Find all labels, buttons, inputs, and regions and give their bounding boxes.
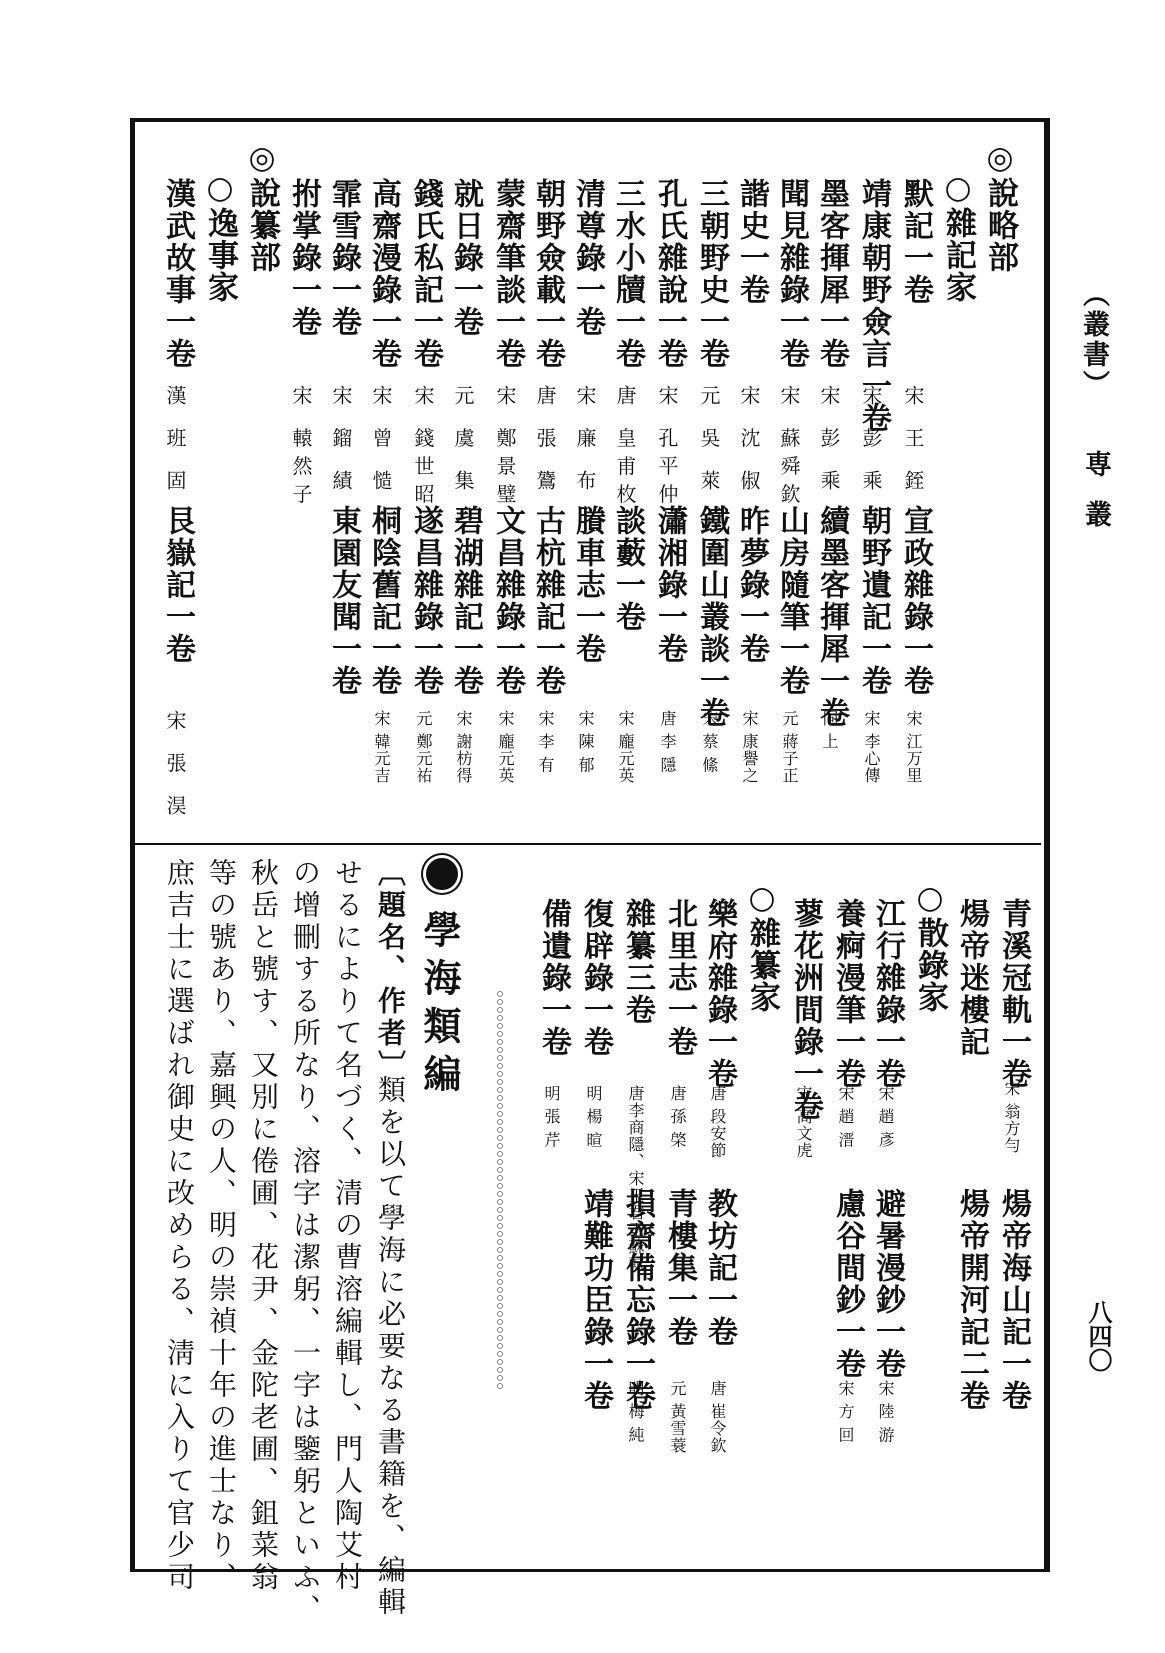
- book-title: 江行雜錄一卷: [872, 898, 902, 1090]
- book-author: 宋 鄭景璧: [495, 385, 515, 511]
- book-author: 宋 康譽之: [741, 710, 757, 784]
- book-author: 宋 王 銍: [903, 385, 923, 498]
- book-title: 東園友聞一卷: [328, 505, 358, 697]
- book-title: 宣政雜錄一卷: [900, 505, 930, 697]
- article-paragraph-line: 等の號あり、嘉興の人、明の崇禎十年の進士なり、: [207, 858, 235, 1594]
- subcategory-heading: ○逸事家: [204, 170, 235, 303]
- section-label-2: 叢: [1082, 500, 1109, 527]
- book-title: 昨夢錄一卷: [736, 505, 766, 665]
- book-author: 唐 張 鷟: [535, 385, 555, 498]
- book-author: 宋 彭 乘: [819, 385, 839, 498]
- book-author: 宋 陳 郁: [577, 710, 593, 773]
- book-title: 煬帝海山記一卷: [998, 1188, 1028, 1412]
- book-title: 青溪冠軌一卷: [998, 898, 1028, 1090]
- book-author: 宋 彭 乘: [861, 385, 881, 498]
- article-paragraph-line: せるによりて名づく、清の曹溶編輯し、門人陶艾村: [333, 858, 361, 1594]
- book-author: 宋 江万里: [905, 710, 921, 784]
- section-label: 専: [1082, 450, 1109, 477]
- book-title: 朝野遺記一卷: [858, 505, 888, 697]
- book-author: 明 張 芹: [543, 1085, 559, 1148]
- book-title: 煬帝開河記二卷: [956, 1188, 986, 1412]
- section-divider: [135, 843, 1041, 845]
- book-title: 損齋備忘錄一卷: [622, 1188, 652, 1412]
- book-title: 墨客揮犀一卷: [816, 178, 846, 370]
- article-paragraph-line: 庶吉士に選ばれ御史に改めらる、淸に入りて官少司: [165, 858, 193, 1594]
- book-title: 碧湖雜記一卷: [450, 505, 480, 697]
- book-author: 宋 李 有: [537, 710, 553, 773]
- book-author: 宋 曾 慥: [371, 385, 391, 498]
- book-title: 漢武故事一卷: [162, 178, 192, 370]
- book-author: 宋 高文虎: [795, 1085, 811, 1159]
- book-author: 明 梅 純: [627, 1380, 643, 1443]
- book-title: 瀟湘錄一卷: [654, 505, 684, 665]
- book-author: 宋 錢世昭: [413, 385, 433, 511]
- book-author: 宋 李心傳: [863, 710, 879, 784]
- book-author: 宋 蔡 絛: [701, 710, 717, 773]
- book-author: 宋 謝枋得: [455, 710, 471, 784]
- book-title: 教坊記一卷: [704, 1188, 734, 1348]
- book-author: 唐 段安節: [709, 1085, 725, 1159]
- book-title: 樂府雜錄一卷: [704, 898, 734, 1090]
- book-title: 孔氏雜說一卷: [654, 178, 684, 370]
- page-number: 八四〇: [1086, 1300, 1110, 1372]
- article-title: 學海類編: [420, 910, 458, 1102]
- book-title: 青樓集一卷: [664, 1188, 694, 1348]
- book-title: 煬帝迷樓記: [956, 898, 986, 1058]
- book-author: 漢 班 固: [165, 385, 185, 498]
- running-title: （叢書）: [1080, 280, 1107, 400]
- book-author: 宋 沈 俶: [739, 385, 759, 498]
- book-title: 默記一卷: [900, 178, 930, 306]
- book-author: 宋 韓元吉: [373, 710, 389, 784]
- wavy-rule: [497, 990, 503, 1390]
- book-title: 錢氏私記一卷: [410, 178, 440, 370]
- book-author: 明 楊 暄: [585, 1085, 601, 1148]
- book-author: 元 吳 萊: [699, 385, 719, 498]
- book-author: 宋 趙 彥: [877, 1085, 893, 1148]
- book-title: 文昌雜錄一卷: [492, 505, 522, 697]
- book-title: 拊掌錄一卷: [288, 178, 318, 338]
- article-paragraph-line: 秋岳と號す、又別に倦圃、花尹、金陀老圃、鉏菜翁: [249, 858, 277, 1594]
- book-author: 宋 翁方勻: [1003, 1080, 1019, 1154]
- book-title: 桐陰舊記一卷: [368, 505, 398, 697]
- book-title: 雜纂三卷: [622, 898, 652, 1026]
- book-author: 唐 崔令欽: [709, 1380, 725, 1454]
- book-author: 元 黃雪蓑: [669, 1380, 685, 1454]
- book-title: 復辟錄一卷: [580, 898, 610, 1058]
- subcategory-heading: ○雜纂家: [746, 880, 777, 1013]
- book-title: 朝野僉載一卷: [532, 178, 562, 370]
- book-author: 唐 李 隱: [659, 710, 675, 773]
- book-title: 艮嶽記一卷: [162, 505, 192, 665]
- book-title: 三朝野史一卷: [696, 178, 726, 370]
- category-heading: ◎說略部: [984, 140, 1015, 273]
- book-title: 山房隨筆一卷: [776, 505, 806, 697]
- subcategory-heading: ○雜記家: [942, 170, 973, 303]
- book-title: 遂昌雜錄一卷: [410, 505, 440, 697]
- book-title: 聞見雜錄一卷: [776, 178, 806, 370]
- book-author: 宋 陸 游: [877, 1380, 893, 1443]
- book-author: 宋 趙 溍: [837, 1085, 853, 1148]
- book-author: 宋 方 回: [837, 1380, 853, 1443]
- book-author: 宋 龐元英: [497, 710, 513, 784]
- book-author: 元 鄭元祐: [415, 710, 431, 784]
- book-title: 鐵圍山叢談一卷: [696, 505, 726, 729]
- book-title: 三水小牘一卷: [612, 178, 642, 370]
- book-title: 避暑漫鈔一卷: [872, 1188, 902, 1380]
- book-author: 宋 轅然子: [291, 385, 311, 511]
- book-title: 就日錄一卷: [450, 178, 480, 338]
- category-heading: ◎說纂部: [246, 140, 277, 273]
- book-title: 養痾漫筆一卷: [832, 898, 862, 1090]
- book-author: 元 虞 集: [453, 385, 473, 498]
- book-title: 靖難功臣錄一卷: [580, 1188, 610, 1412]
- article-paragraph-line: の增刪する所なり、溶字は潔躬、一字は鑒躬といふ、: [291, 858, 319, 1626]
- article-label: 〔題名、作者〕: [376, 858, 404, 1082]
- book-title: 慮谷間鈔一卷: [832, 1188, 862, 1380]
- book-title: 高齋漫錄一卷: [368, 178, 398, 370]
- book-author: 宋 蘇舜欽: [779, 385, 799, 511]
- book-author: 唐 皇甫枚: [615, 385, 635, 511]
- book-title: 霏雪錄一卷: [328, 178, 358, 338]
- book-title: 諧史一卷: [736, 178, 766, 306]
- book-title: 北里志一卷: [664, 898, 694, 1058]
- book-author: 元 蔣子正: [781, 710, 797, 784]
- book-title: 賸車志一卷: [572, 505, 602, 665]
- book-title: 古杭雜記一卷: [532, 505, 562, 697]
- book-title: 備遺錄一卷: [538, 898, 568, 1058]
- book-title: 談藪一卷: [612, 505, 642, 633]
- book-title: 清尊錄一卷: [572, 178, 602, 338]
- book-author: 唐 孫 棨: [669, 1085, 685, 1148]
- book-author: 同 上: [821, 710, 837, 750]
- book-author: 宋 張 淏: [165, 710, 185, 823]
- article-bullet-icon: [426, 858, 458, 908]
- book-title: 續墨客揮犀一卷: [816, 505, 846, 729]
- book-author: 宋 龐元英: [617, 710, 633, 784]
- book-title: 蒙齋筆談一卷: [492, 178, 522, 370]
- book-author: 宋 廉 布: [575, 385, 595, 498]
- book-author: 宋 孔平仲: [657, 385, 677, 511]
- subcategory-heading: ○散錄家: [914, 880, 945, 1013]
- book-author: 宋 鎦 績: [331, 385, 351, 498]
- article-paragraph-line: 類を以て學海に必要なる書籍を、編輯: [376, 1075, 404, 1619]
